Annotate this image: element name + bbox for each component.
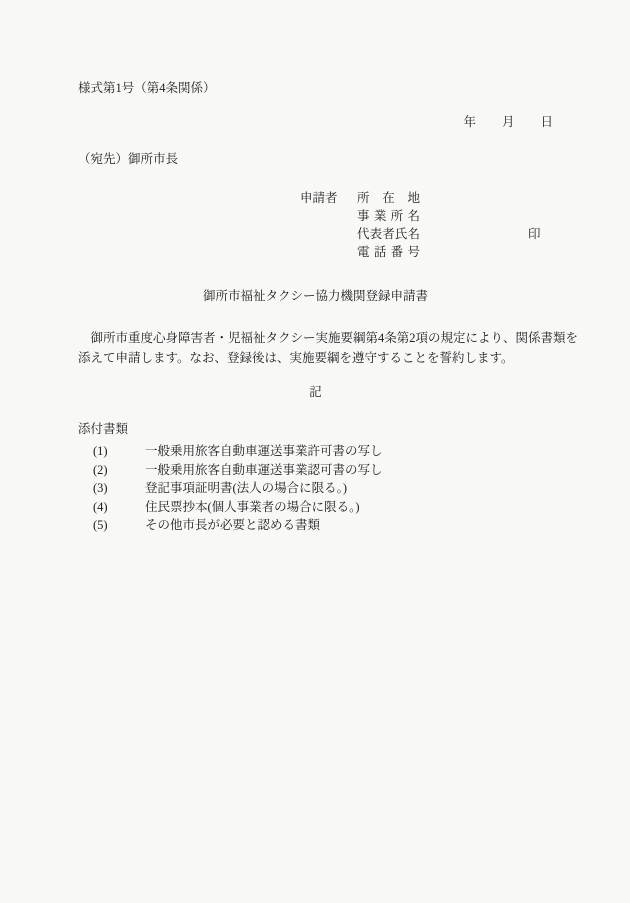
applicant-field-row: 電話番号 [300,246,553,264]
field-label-phone: 電話番号 [357,246,420,259]
item-number: (3) [93,479,145,498]
item-number: (5) [93,516,145,535]
item-number: (1) [93,442,145,461]
attachment-item: (5)その他市長が必要と認める書類 [93,516,553,535]
applicant-block: 申請者所在地 事業所名 代表者氏名印 電話番号 [300,192,553,264]
item-number: (2) [93,461,145,480]
item-text: 一般乗用旅客自動車運送事業認可書の写し [145,463,383,477]
addressee: （宛先）御所市長 [78,153,553,166]
date-month-label: 月 [502,115,515,129]
attachments-list: (1)一般乗用旅客自動車運送事業許可書の写し (2)一般乗用旅客自動車運送事業認… [78,442,553,535]
field-label-address: 所在地 [357,192,420,205]
date-line: 年月日 [78,116,553,129]
applicant-field-row: 代表者氏名印 [300,228,553,246]
document-page: 様式第1号（第4条関係） 年月日 （宛先）御所市長 申請者所在地 事業所名 代表… [0,0,630,903]
attachment-item: (1)一般乗用旅客自動車運送事業許可書の写し [93,442,553,461]
date-year-label: 年 [463,115,476,129]
document-title: 御所市福祉タクシー協力機関登録申請書 [78,290,553,303]
seal-mark: 印 [528,228,541,241]
body-paragraph: 御所市重度心身障害者・児福祉タクシー実施要綱第4条第2項の規定により、関係書類を… [78,328,553,368]
form-number: 様式第1号（第4条関係） [78,82,553,95]
attachments-heading: 添付書類 [78,423,553,436]
applicant-field-row: 事業所名 [300,210,553,228]
body-line-2: 添えて申請します。なお、登録後は、実施要綱を遵守することを誓約します。 [78,348,553,368]
item-text: 住民票抄本(個人事業者の場合に限る。) [145,500,360,514]
attachment-item: (3)登記事項証明書(法人の場合に限る。) [93,479,553,498]
item-text: その他市長が必要と認める書類 [145,518,320,532]
applicant-field-row: 申請者所在地 [300,192,553,210]
date-day-label: 日 [540,115,553,129]
record-separator: 記 [78,386,553,399]
field-label-business-name: 事業所名 [357,210,420,223]
item-number: (4) [93,498,145,517]
item-text: 登記事項証明書(法人の場合に限る。) [145,481,347,495]
field-label-representative: 代表者氏名 [357,228,420,241]
attachment-item: (2)一般乗用旅客自動車運送事業認可書の写し [93,461,553,480]
attachment-item: (4)住民票抄本(個人事業者の場合に限る。) [93,498,553,517]
applicant-label: 申請者 [300,192,357,205]
body-line-1: 御所市重度心身障害者・児福祉タクシー実施要綱第4条第2項の規定により、関係書類を [78,328,553,348]
item-text: 一般乗用旅客自動車運送事業許可書の写し [145,444,383,458]
